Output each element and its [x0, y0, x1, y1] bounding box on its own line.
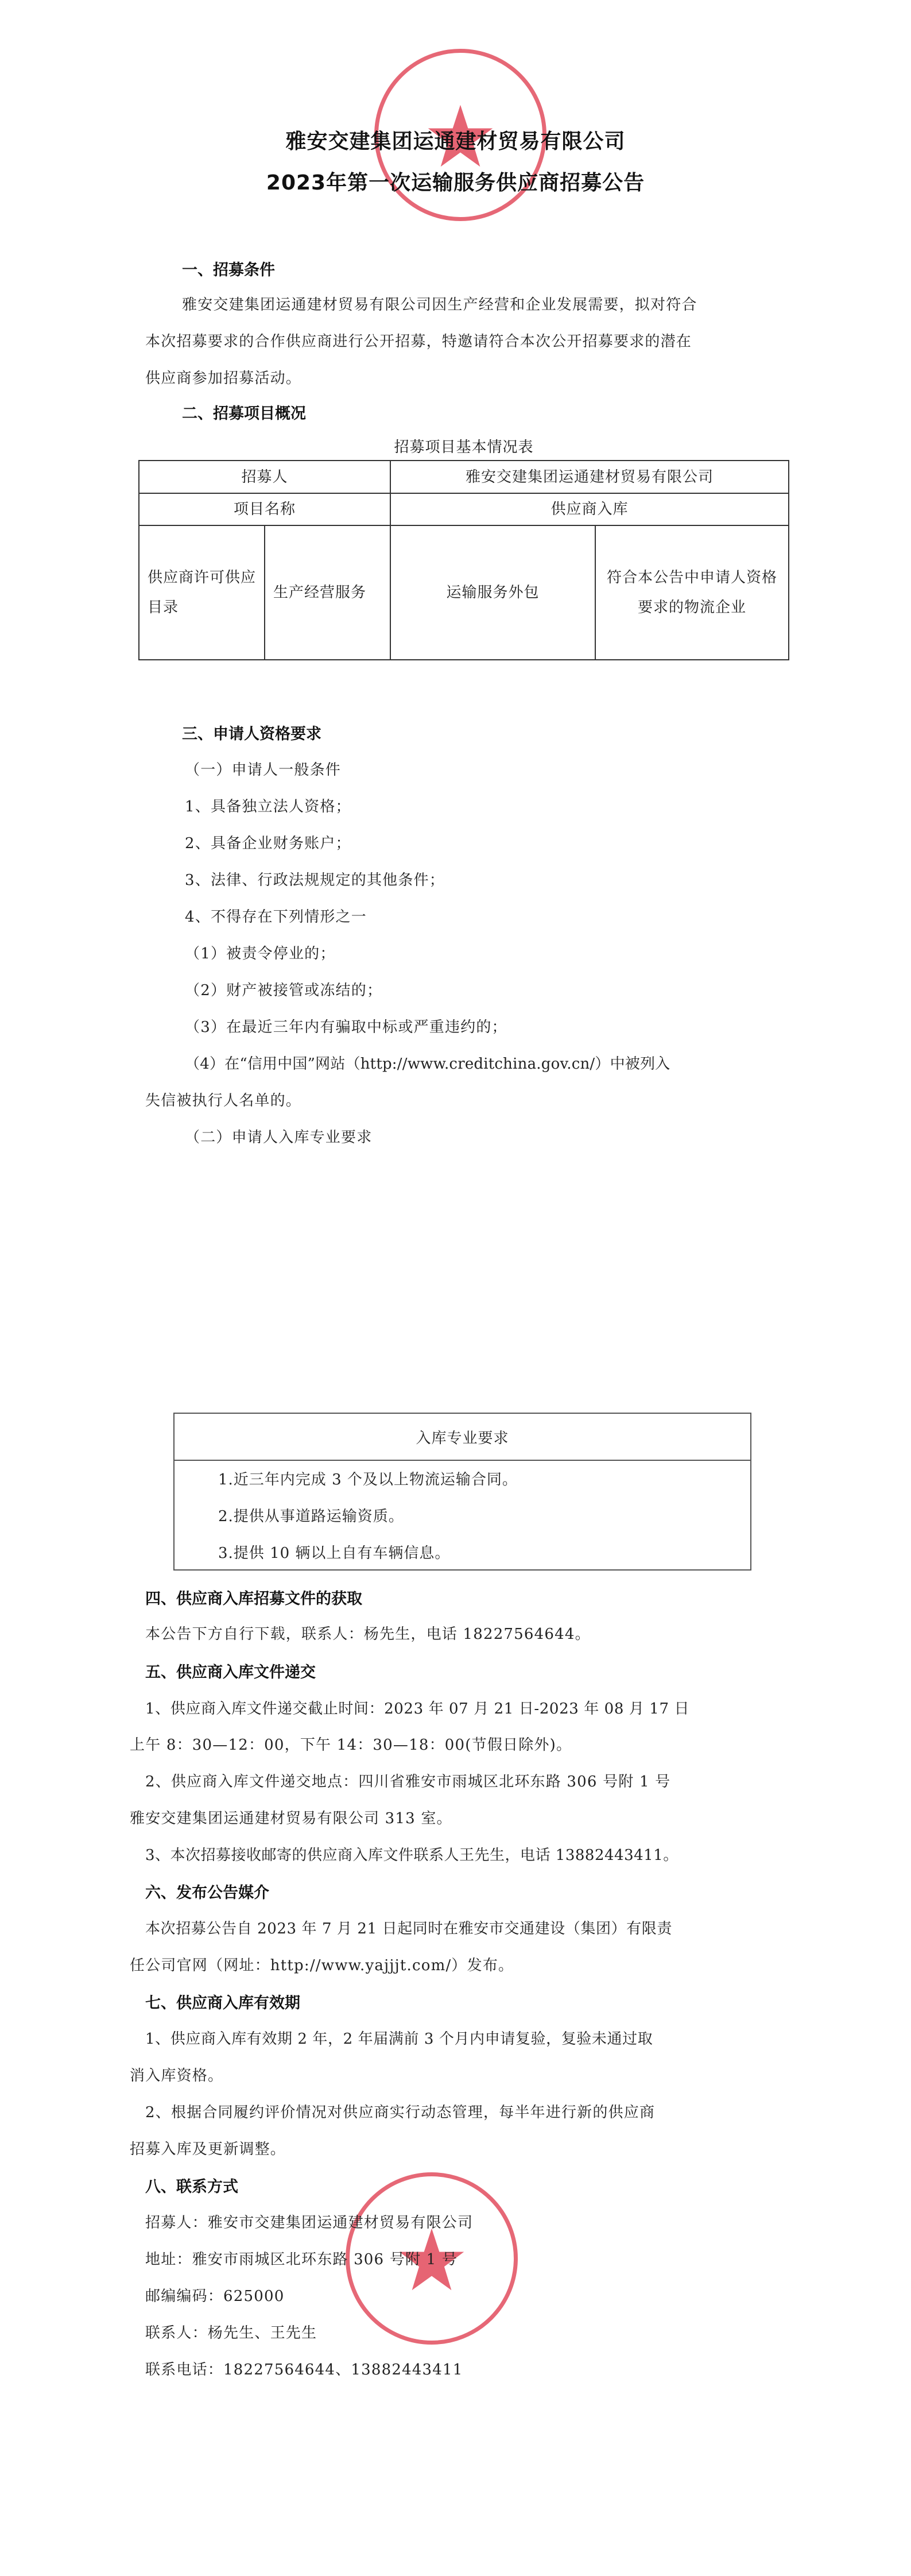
list-item: 4、不得存在下列情形之一 — [185, 905, 367, 926]
paragraph-line: 雅安交建集团运通建材贸易有限公司 313 室。 — [130, 1807, 452, 1828]
project-overview-table: 招募人 雅安交建集团运通建材贸易有限公司 项目名称 供应商入库 供应商许可供应目… — [138, 460, 789, 660]
contact-recruiter: 招募人：雅安市交建集团运通建材贸易有限公司 — [145, 2211, 473, 2232]
paragraph-line: 3、本次招募接收邮寄的供应商入库文件联系人王先生，电话 13882443411。 — [145, 1843, 679, 1865]
contact-postcode: 邮编编码：625000 — [145, 2284, 284, 2306]
table-cell-label: 项目名称 — [139, 493, 390, 525]
list-subitem: （2）财产被接管或冻结的； — [185, 978, 382, 1000]
table-cell: 运输服务外包 — [390, 525, 595, 660]
contact-phone: 联系电话：18227564644、13882443411 — [145, 2358, 463, 2379]
section-heading: 六、发布公告媒介 — [145, 1880, 269, 1902]
list-item: 3、法律、行政法规规定的其他条件； — [185, 868, 445, 889]
list-subitem: （3）在最近三年内有骗取中标或严重违约的； — [185, 1015, 507, 1036]
paragraph-line: 雅安交建集团运通建材贸易有限公司因生产经营和企业发展需要，拟对符合 — [182, 293, 697, 314]
section-heading: 四、供应商入库招募文件的获取 — [145, 1586, 362, 1608]
table-cell: 供应商许可供应目录 — [139, 525, 265, 660]
section-heading: 二、招募项目概况 — [182, 401, 306, 423]
table-caption: 招募项目基本情况表 — [138, 435, 789, 457]
list-item: 2、具备企业财务账户； — [185, 831, 351, 853]
paragraph-line: 本公告下方自行下载，联系人：杨先生，电话 18227564644。 — [145, 1622, 591, 1643]
paragraph-line: 上午 8：30—12：00，下午 14：30—18：00(节假日除外)。 — [130, 1733, 572, 1754]
paragraph-line: 1、供应商入库文件递交截止时间：2023 年 07 月 21 日-2023 年 … — [145, 1697, 689, 1718]
list-subitem-continuation: 失信被执行人名单的。 — [145, 1089, 301, 1110]
paragraph-line: 消入库资格。 — [130, 2064, 223, 2085]
paragraph-line: 招募入库及更新调整。 — [130, 2137, 286, 2159]
subsection-heading: （一）申请人一般条件 — [185, 758, 341, 779]
table-cell: 生产经营服务 — [265, 525, 390, 660]
paragraph-line: 1、供应商入库有效期 2 年，2 年届满前 3 个月内申请复验，复验未通过取 — [145, 2027, 653, 2048]
contact-address: 地址：雅安市雨城区北环东路 306 号附 1 号 — [145, 2248, 458, 2269]
table-cell-value: 雅安交建集团运通建材贸易有限公司 — [390, 461, 789, 493]
table-cell: 符合本公告中申请人资格要求的物流企业 — [595, 525, 789, 660]
section-heading: 三、申请人资格要求 — [182, 721, 321, 744]
requirements-row: 2.提供从事道路运输资质。 — [218, 1504, 404, 1526]
section-heading: 一、招募条件 — [182, 257, 275, 280]
paragraph-line: 2、供应商入库文件递交地点：四川省雅安市雨城区北环东路 306 号附 1 号 — [145, 1770, 670, 1791]
table-cell-label: 招募人 — [139, 461, 390, 493]
section-heading: 七、供应商入库有效期 — [145, 1990, 300, 2013]
requirements-table-header: 入库专业要求 — [175, 1414, 750, 1461]
list-subitem: （1）被责令停业的； — [185, 942, 336, 963]
paragraph-line: 供应商参加招募活动。 — [145, 366, 301, 388]
section-heading: 五、供应商入库文件递交 — [145, 1660, 316, 1682]
paragraph-line: 任公司官网（网址：http://www.yajjjt.com/）发布。 — [130, 1954, 514, 1975]
contact-person: 联系人：杨先生、王先生 — [145, 2321, 317, 2342]
subsection-heading: （二）申请人入库专业要求 — [185, 1125, 372, 1147]
document-title-line2: 2023年第一次运输服务供应商招募公告 — [0, 167, 911, 196]
requirements-table: 入库专业要求 1.近三年内完成 3 个及以上物流运输合同。 2.提供从事道路运输… — [173, 1413, 751, 1571]
paragraph-line: 2、根据合同履约评价情况对供应商实行动态管理，每半年进行新的供应商 — [145, 2101, 655, 2122]
requirements-row: 3.提供 10 辆以上自有车辆信息。 — [218, 1541, 450, 1562]
paragraph-line: 本次招募要求的合作供应商进行公开招募，特邀请符合本次公开招募要求的潜在 — [145, 330, 692, 351]
paragraph-line: 本次招募公告自 2023 年 7 月 21 日起同时在雅安市交通建设（集团）有限… — [145, 1917, 672, 1938]
list-subitem: （4）在“信用中国”网站（http://www.creditchina.gov.… — [185, 1052, 670, 1073]
document-title-line1: 雅安交建集团运通建材贸易有限公司 — [0, 125, 911, 154]
table-cell-value: 供应商入库 — [390, 493, 789, 525]
section-heading: 八、联系方式 — [145, 2174, 238, 2196]
requirements-row: 1.近三年内完成 3 个及以上物流运输合同。 — [218, 1468, 518, 1489]
list-item: 1、具备独立法人资格； — [185, 795, 351, 816]
